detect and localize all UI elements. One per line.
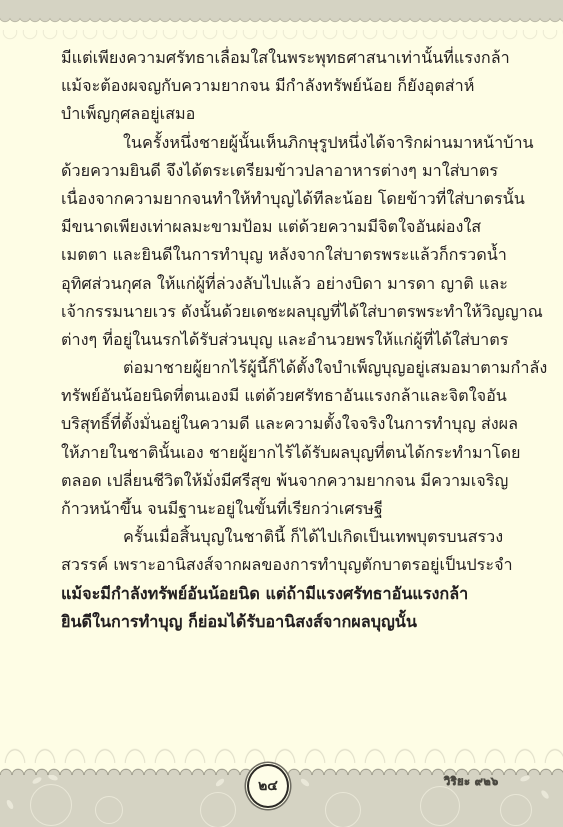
text-line: บำเพ็ญกุศลอยู่เสมอ	[61, 100, 501, 128]
floral-swirl-ornament	[30, 784, 72, 826]
leaf-ornament	[540, 789, 550, 800]
page-number: ๒๔	[258, 775, 278, 797]
text-line: แม้จะต้องผจญกับความยากจน มีกำลังทรัพย์น้…	[61, 72, 501, 100]
floral-swirl-ornament	[420, 786, 460, 826]
text-line-bold: แม้จะมีกำลังทรัพย์อันน้อยนิด แต่ถ้ามีแรง…	[61, 580, 501, 608]
text-line: เมตตา และยินดีในการทำบุญ หลังจากใส่บาตรพ…	[61, 241, 501, 269]
leaf-ornament	[519, 774, 530, 782]
bottom-lace-ornament	[0, 742, 563, 764]
text-line: อุทิศส่วนกุศล ให้แก่ผู้ที่ล่วงลับไปแล้ว …	[61, 270, 501, 298]
leaf-ornament	[31, 776, 42, 785]
text-line: เจ้ากรรมนายเวร ดังนั้นด้วยเดชะผลบุญที่ได…	[61, 298, 501, 326]
text-line: เนื่องจากความยากจนทำให้ทำบุญได้ทีละน้อย …	[61, 185, 501, 213]
top-lace-ornament	[0, 30, 563, 42]
text-line: มีขนาดเพียงเท่าผลมะขามป้อม แต่ด้วยความมี…	[61, 213, 501, 241]
text-line: ทรัพย์อันน้อยนิดที่ตนเองมี แต่ด้วยศรัทธา…	[61, 382, 501, 410]
text-line: ตลอด เปลี่ยนชีวิตให้มั่งมีศรีสุข พ้นจากค…	[61, 467, 501, 495]
book-series-label: วิริยะ ๙๒๖	[444, 772, 499, 790]
page-body: มีแต่เพียงความศรัทธาเลื่อมใสในพระพุทธศาส…	[61, 44, 501, 636]
text-line: บริสุทธิ์ที่ตั้งมั่นอยู่ในความดี และความ…	[61, 410, 501, 438]
paragraph-4: ครั้นเมื่อสิ้นบุญในชาตินี้ ก็ได้ไปเกิดเป…	[61, 523, 501, 579]
moral-summary: แม้จะมีกำลังทรัพย์อันน้อยนิด แต่ถ้ามีแรง…	[61, 580, 501, 636]
paragraph-2: ในครั้งหนึ่งชายผู้นั้นเห็นภิกษุรูปหนึ่งไ…	[61, 129, 501, 355]
leaf-ornament	[5, 799, 14, 810]
floral-swirl-ornament	[95, 796, 123, 824]
text-line: สวรรค์ เพราะอานิสงส์จากผลของการทำบุญตักบ…	[61, 551, 501, 579]
text-line: ให้ภายในชาตินั้นเอง ชายผู้ยากไร้ได้รับผล…	[61, 439, 501, 467]
page-number-badge: ๒๔	[247, 764, 289, 808]
leaf-ornament	[215, 777, 226, 787]
leaf-ornament	[300, 777, 311, 787]
floral-swirl-ornament	[325, 792, 361, 827]
top-scallop-border	[0, 16, 563, 30]
text-line-bold: ยินดีในการทำบุญ ก็ย่อมได้รับอานิสงส์จากผ…	[61, 608, 501, 636]
text-line: ต่อมาชายผู้ยากไร้ผู้นี้ก็ได้ตั้งใจบำเพ็ญ…	[61, 354, 501, 382]
paragraph-3: ต่อมาชายผู้ยากไร้ผู้นี้ก็ได้ตั้งใจบำเพ็ญ…	[61, 354, 501, 523]
floral-swirl-ornament	[200, 792, 236, 827]
text-line: ด้วยความยินดี จึงได้ตระเตรียมข้าวปลาอาหา…	[61, 157, 501, 185]
text-line: ครั้นเมื่อสิ้นบุญในชาตินี้ ก็ได้ไปเกิดเป…	[61, 523, 501, 551]
text-line: ก้าวหน้าขึ้น จนมีฐานะอยู่ในขั้นที่เรียกว…	[61, 495, 501, 523]
text-line: มีแต่เพียงความศรัทธาเลื่อมใสในพระพุทธศาส…	[61, 44, 501, 72]
text-line: ต่างๆ ที่อยู่ในนรกได้รับส่วนบุญ และอำนวย…	[61, 326, 501, 354]
paragraph-1: มีแต่เพียงความศรัทธาเลื่อมใสในพระพุทธศาส…	[61, 44, 501, 129]
text-line: ในครั้งหนึ่งชายผู้นั้นเห็นภิกษุรูปหนึ่งไ…	[61, 129, 501, 157]
floral-swirl-ornament	[500, 794, 532, 826]
